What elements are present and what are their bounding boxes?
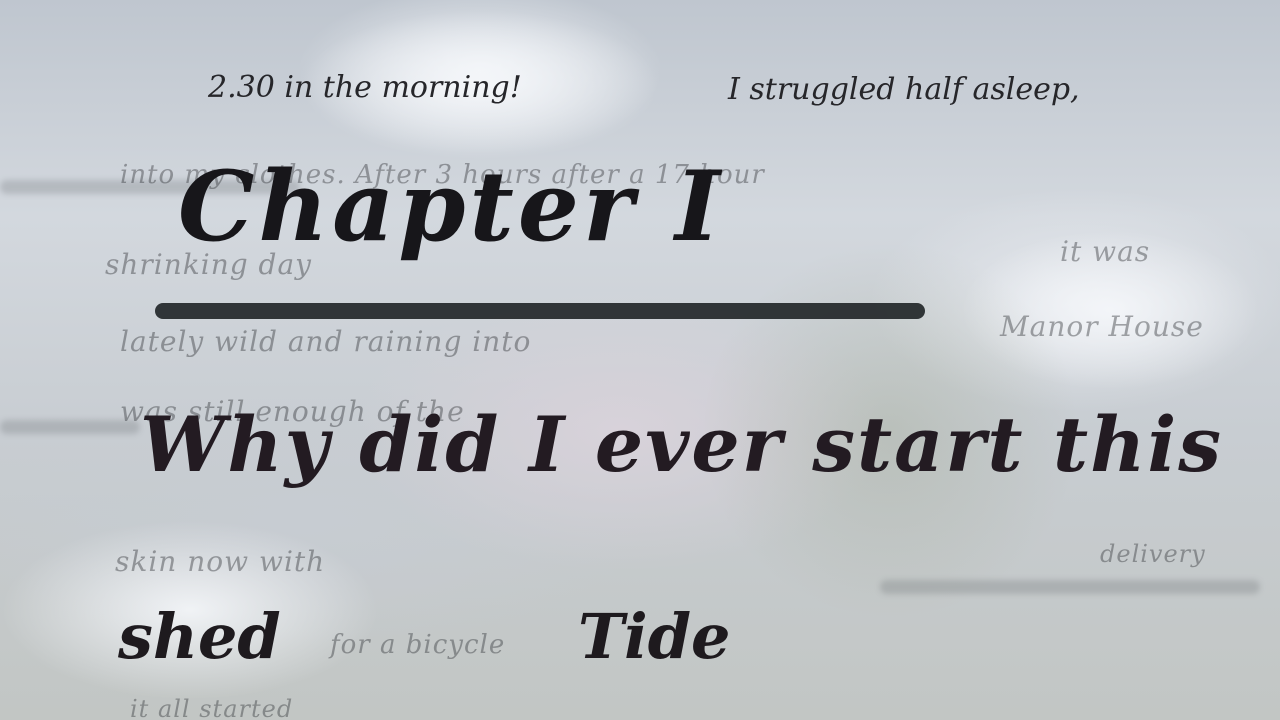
handwritten-time-line: 2.30 in the morning!: [208, 70, 522, 105]
background-text-line: lately wild and raining into: [120, 325, 531, 358]
background-text-line: it was: [1060, 235, 1150, 268]
background-text-line: skin now with: [115, 545, 325, 578]
chapter-underline: [155, 303, 925, 319]
background-text-line: for a bicycle: [330, 630, 505, 660]
handwritten-word-mid: Tide: [578, 600, 731, 673]
ink-smear: [880, 580, 1260, 594]
ink-smear: [0, 420, 140, 434]
handwritten-word-left: shed: [118, 600, 281, 673]
background-text-line: it all started: [130, 695, 293, 720]
handwriting-scene: into my clothes. After 3 hours after a 1…: [0, 0, 1280, 720]
background-text-line: Manor House: [1000, 310, 1204, 343]
handwritten-struggled-line: I struggled half asleep,: [728, 72, 1080, 107]
background-text-line: delivery: [1100, 540, 1206, 568]
chapter-heading: Chapter I: [178, 150, 724, 263]
handwritten-question: Why did I ever start this: [140, 400, 1223, 489]
